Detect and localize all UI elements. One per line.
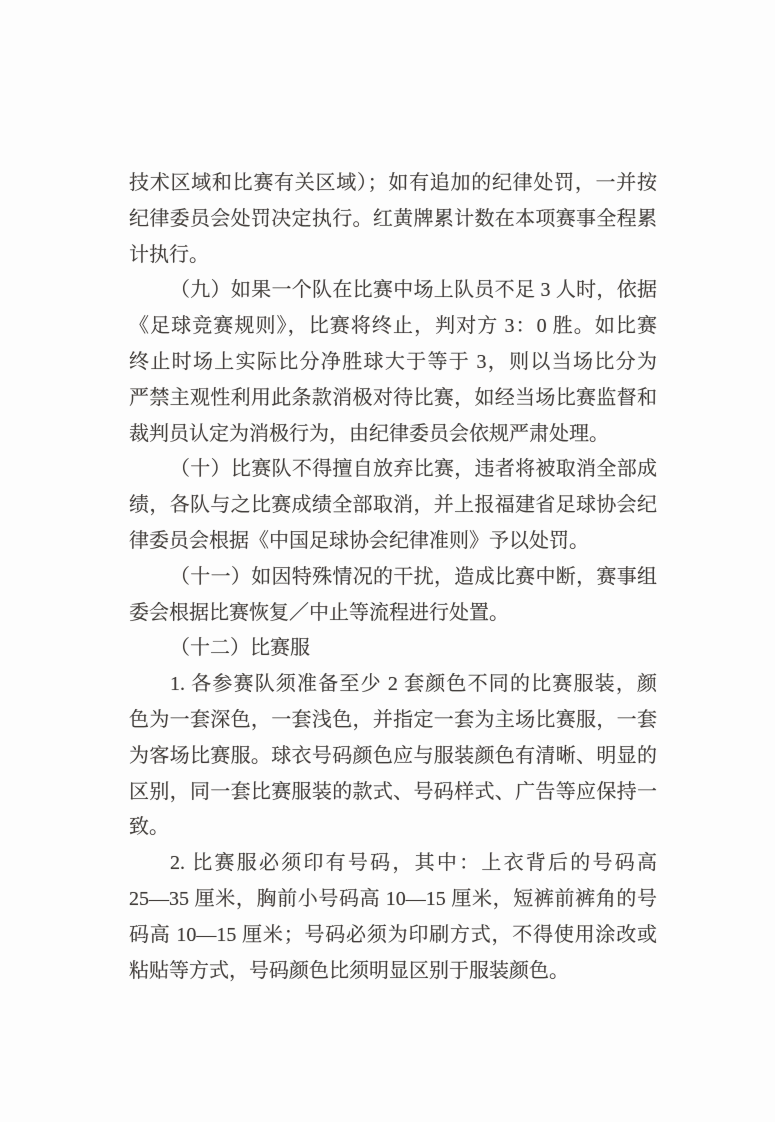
text-line: 计执行。 [129,238,657,274]
text-line: （十二）比赛服 [129,631,657,667]
document-text-block: 技术区域和比赛有关区域）；如有追加的纪律处罚，一并按纪律委员会处罚决定执行。红黄… [129,166,657,989]
text-line: 1. 各参赛队须准备至少 2 套颜色不同的比赛服装，颜 [129,667,657,703]
text-line: （十）比赛队不得擅自放弃比赛，违者将被取消全部成 [129,452,657,488]
text-line: （九）如果一个队在比赛中场上队员不足 3 人时，依据 [129,273,657,309]
text-line: 2. 比赛服必须印有号码，其中：上衣背后的号码高 [129,846,657,882]
text-line: 码高 10—15 厘米；号码必须为印刷方式，不得使用涂改或 [129,918,657,954]
text-line: 为客场比赛服。球衣号码颜色应与服装颜色有清晰、明显的 [129,739,657,775]
text-line: 色为一套深色，一套浅色，并指定一套为主场比赛服，一套 [129,703,657,739]
text-line: 委会根据比赛恢复／中止等流程进行处置。 [129,596,657,632]
text-line: 《足球竞赛规则》，比赛将终止，判对方 3：0 胜。如比赛 [129,309,657,345]
text-line: 致。 [129,810,657,846]
text-line: 25—35 厘米，胸前小号码高 10—15 厘米，短裤前裤角的号 [129,882,657,918]
text-line: 终止时场上实际比分净胜球大于等于 3，则以当场比分为准。 [129,345,657,381]
text-line: 律委员会根据《中国足球协会纪律准则》予以处罚。 [129,524,657,560]
text-line: 绩，各队与之比赛成绩全部取消，并上报福建省足球协会纪 [129,488,657,524]
text-line: 技术区域和比赛有关区域）；如有追加的纪律处罚，一并按 [129,166,657,202]
text-line: 区别，同一套比赛服装的款式、号码样式、广告等应保持一 [129,775,657,811]
text-line: （十一）如因特殊情况的干扰，造成比赛中断，赛事组 [129,560,657,596]
text-line: 纪律委员会处罚决定执行。红黄牌累计数在本项赛事全程累 [129,202,657,238]
document-page: 技术区域和比赛有关区域）；如有追加的纪律处罚，一并按纪律委员会处罚决定执行。红黄… [0,0,775,1122]
text-line: 裁判员认定为消极行为，由纪律委员会依规严肃处理。 [129,417,657,453]
text-line: 粘贴等方式，号码颜色比须明显区别于服装颜色。 [129,954,657,990]
text-line: 严禁主观性利用此条款消极对待比赛，如经当场比赛监督和 [129,381,657,417]
